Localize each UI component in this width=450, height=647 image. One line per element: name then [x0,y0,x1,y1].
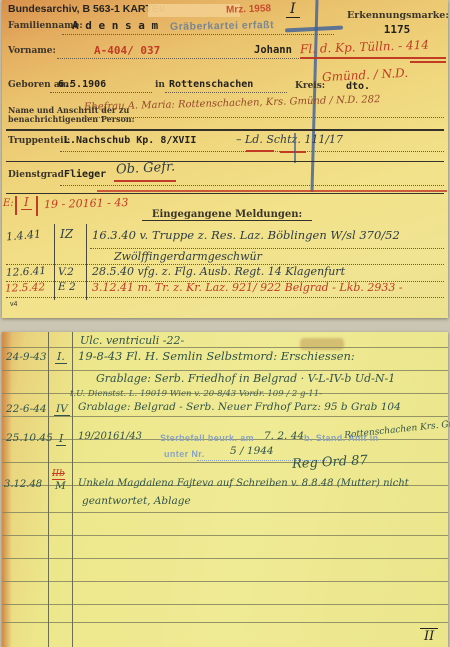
ruled-line [2,581,448,582]
meldung-text2: Zwölffingerdarmgeschwür [114,250,262,263]
registry-number: 19 - 20161 - 43 [44,196,129,211]
geburtsort-value: Rottenschachen [169,79,253,90]
geboren-value: 6.5.1906 [58,79,106,90]
entry-line: Grablage: Serb. Friedhof in Belgrad · V-… [96,372,395,385]
ruled-line [2,512,448,513]
erkennungsmarke-label: Erkennungsmarke: [347,10,447,21]
entry-line: geantwortet, Ablage [82,495,191,507]
registry-numeral: I [21,195,32,210]
column-line [54,224,55,300]
entry-date: 3.12.48 [4,479,42,490]
dienstgrad-annotation: Ob. Gefr. [116,159,176,177]
ruled-line [2,558,448,559]
familienname-value: A d e n s a m [72,19,158,32]
meldung-code: E 2 [58,281,76,293]
entry-code-annotation: IIb [52,469,65,480]
ruled-line [2,604,448,605]
diagnosis-note: Ulc. ventriculi -22- [80,334,184,347]
in-label: in [155,80,165,90]
column-line [72,332,73,647]
entry-code: IV [54,403,70,416]
column-line [48,332,49,647]
rule-line [6,193,444,194]
dienstgrad-label: Dienstgrad: [8,170,67,180]
truppenteil-value: L.Nachschub Kp. 8/XVII [64,135,196,146]
meldung-text: 28.5.40 vfg. z. Flg. Ausb. Regt. 14 Klag… [92,265,345,278]
graeberkartei-stamp: Gräberkartei erfaßt [170,19,274,33]
meldung-text: 16.3.40 v. Truppe z. Res. Laz. Böblingen… [92,228,400,242]
truppenteil-annotation: – Ld. Schtz. 111/17 [236,133,343,146]
index-numeral: I [286,1,300,18]
dotted-line [165,91,287,93]
ruled-line [2,462,448,463]
truppenteil-label: Truppenteil: [8,136,70,146]
meldung-date: 12.6.41 [6,265,47,279]
dotted-line [50,91,152,93]
unit-annotation: Fl. d. Kp. Tülln. - 414 [300,38,429,56]
month-stamp: Mrz. 1958 [226,3,271,16]
ruled-line [2,622,448,623]
red-underline [410,61,446,63]
stamp-insert-number: 5 / 1944 [230,445,274,457]
file-number: A-404/ 037 [94,44,160,57]
corner-mark: v4 [10,301,17,308]
red-underline [300,57,446,59]
stamp-insert-place: Rottenschachen Krs. Gmünd [344,417,450,441]
ruled-line [2,416,448,417]
entry-date: 25.10.45 [6,432,53,444]
stamp-insert-date: 7. 2. 44 [264,430,304,442]
meldung-code: IZ [60,227,73,241]
dotted-line [57,57,335,59]
meldung-text: 3.12.41 m. Tr. z. Kr. Laz. 921/ 922 Belg… [92,281,403,294]
entry-line: 19-8-43 Fl. H. Semlin Selbstmord: Erschi… [78,349,355,363]
registry-prefix: E: [3,198,14,209]
kreis-value: dto. [346,81,370,92]
vorname-value: Johann [254,44,292,56]
rule-line [6,129,444,131]
entry-date: 24-9-43 [6,351,47,363]
sterbefall-stamp-part1: Sterbefall beurk. am [160,433,254,443]
red-underline [114,180,176,182]
meldung-code: V.2 [58,266,74,278]
rule-line [6,161,444,162]
ruled-line [2,535,448,536]
dotted-line [90,247,444,249]
dienstgrad-value: Flieger [64,169,106,180]
meldungen-title: Eingegangene Meldungen: [142,209,312,221]
entry-date: 22-6-44 [6,403,47,415]
entry-line: Unkela Magdalena Fajteva auf Schreiben v… [78,478,409,489]
dotted-line [62,33,334,35]
dotted-line [60,184,444,186]
erkennungsmarke-value: 1175 [347,23,447,36]
ruled-line [2,370,448,371]
column-line [86,224,87,300]
entry-line: Grablage: Belgrad - Serb. Neuer Frdhof P… [78,401,401,413]
red-column-line [36,196,38,216]
kreis-label: Kreis: [295,81,325,91]
entry-line-small: t.U. Dienstst. L. 19019 Wien v. 20-8/43 … [70,389,322,399]
vorname-label: Vorname: [8,46,56,56]
dotted-line [6,296,444,298]
bottom-index-card: Ulc. ventriculi -22- 24-9-43 I. 19-8-43 … [2,332,448,647]
dotted-line [60,150,444,152]
page-numeral: II [420,628,438,644]
entry-code: M [55,480,66,492]
scanned-record-card: Bundesarchiv, B 563-1 KARTEI/ Mrz. 1958 … [0,0,450,647]
ruled-line [2,347,448,348]
dotted-line [82,116,444,118]
blue-pencil-tick [294,133,296,163]
registry-order-note: Reg Ord 87 [292,453,368,472]
meldung-date: 1.4.41 [6,227,42,243]
sterbefall-stamp-part3: unter Nr. [164,449,205,459]
meldung-date: 12.5.42 [5,281,45,294]
archive-header: Bundesarchiv, B 563-1 KARTEI/ [8,3,165,15]
red-rule-line [97,190,447,192]
top-index-card: Bundesarchiv, B 563-1 KARTEI/ Mrz. 1958 … [2,0,448,318]
entry-code: I. [55,350,67,364]
entry-number: 19/20161/43 [78,431,142,442]
red-column-line [15,196,17,215]
entry-code: I [56,432,66,446]
